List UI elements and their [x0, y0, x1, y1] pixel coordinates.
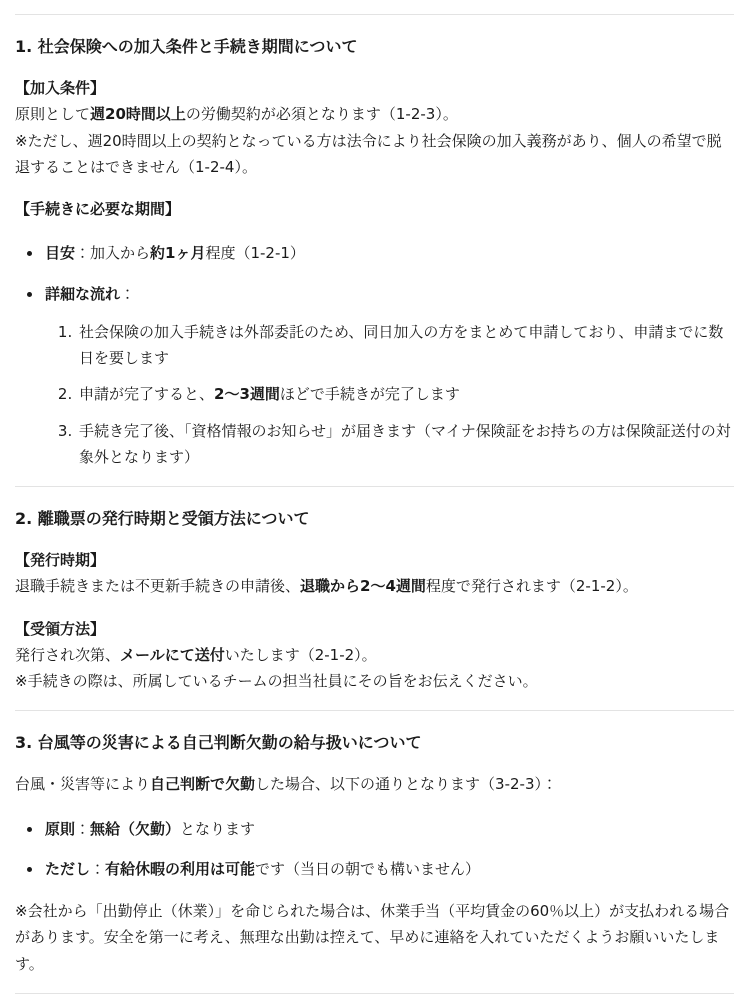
emphasis-text: 目安 [45, 244, 75, 262]
text-run: ほどで手続きが完了します [280, 385, 460, 403]
text-run: 原則として [15, 105, 90, 123]
emphasis-text: 【受領方法】 [15, 620, 105, 638]
section-divider [15, 710, 734, 711]
emphasis-text: 約1ヶ月 [150, 244, 205, 262]
list-item: 原則：無給（欠勤）となります [43, 816, 734, 842]
emphasis-text: ただし [45, 860, 90, 878]
emphasis-text: 有給休暇の利用は可能 [105, 860, 255, 878]
text-run: ：加入から [75, 244, 150, 262]
text-run: 手続き完了後、「資格情報のお知らせ」が届きます（マイナ保険証をお持ちの方は保険証… [79, 422, 731, 466]
text-run: ： [120, 285, 135, 303]
text-run: ： [75, 820, 90, 838]
section-3-heading: 3. 台風等の災害による自己判断欠勤の給与扱いについて [15, 731, 734, 755]
emphasis-text: 退職から2〜4週間 [300, 577, 426, 595]
procedure-period-subheading: 【手続きに必要な期間】 [15, 196, 734, 222]
section-2-heading: 2. 離職票の発行時期と受領方法について [15, 507, 734, 531]
text-run: です（当日の朝でも構いません） [255, 860, 480, 878]
text-run: ： [90, 860, 105, 878]
text-run: 程度（1-2-1） [205, 244, 304, 262]
text-run: した場合、以下の通りとなります（3-2-3）： [255, 775, 557, 793]
receipt-method-paragraph: 【受領方法】発行され次第、メールにて送付いたします（2-1-2）。※手続きの際は… [15, 616, 734, 695]
absence-pay-rules-list: 原則：無給（欠勤）となりますただし：有給休暇の利用は可能です（当日の朝でも構いま… [15, 816, 734, 883]
emphasis-text: 【発行時期】 [15, 551, 105, 569]
typhoon-absence-intro-paragraph: 台風・災害等により自己判断で欠勤した場合、以下の通りとなります（3-2-3）： [15, 771, 734, 797]
text-run: 社会保険の加入手続きは外部委託のため、同日加入の方をまとめて申請しており、申請ま… [79, 323, 723, 367]
document-body: 1. 社会保険への加入条件と手続き期間について【加入条件】原則として週20時間以… [0, 0, 749, 1008]
section-divider [15, 14, 734, 15]
text-run: ※手続きの際は、所属しているチームの担当社員にその旨をお伝えください。 [15, 672, 538, 690]
emphasis-text: 【加入条件】 [15, 79, 105, 97]
emphasis-text: 原則 [45, 820, 75, 838]
text-run: の労働契約が必須となります（1-2-3）。 [186, 105, 458, 123]
text-run: となります [180, 820, 255, 838]
enrollment-conditions-paragraph: 【加入条件】原則として週20時間以上の労働契約が必須となります（1-2-3）。※… [15, 75, 734, 180]
detailed-flow-steps: 社会保険の加入手続きは外部委託のため、同日加入の方をまとめて申請しており、申請ま… [45, 319, 734, 470]
text-run: 発行され次第、 [15, 646, 120, 664]
text-run: 退職手続きまたは不更新手続きの申請後、 [15, 577, 300, 595]
text-run: 程度で発行されます（2-1-2）。 [426, 577, 638, 595]
list-item: 手続き完了後、「資格情報のお知らせ」が届きます（マイナ保険証をお持ちの方は保険証… [77, 418, 734, 471]
text-run: いたします（2-1-2）。 [225, 646, 377, 664]
emphasis-text: メールにて送付 [120, 646, 225, 664]
emphasis-text: 詳細な流れ [45, 285, 120, 303]
text-run: ※ただし、週20時間以上の契約となっている方は法令により社会保険の加入義務があり… [15, 132, 722, 176]
issuance-timing-paragraph: 【発行時期】退職手続きまたは不更新手続きの申請後、退職から2〜4週間程度で発行さ… [15, 547, 734, 600]
text-run: 台風・災害等により [15, 775, 150, 793]
emphasis-text: 自己判断で欠勤 [150, 775, 255, 793]
text-run: ※会社から「出勤停止（休業）」を命じられた場合は、休業手当（平均賃金の60％以上… [15, 902, 729, 973]
emphasis-text: 2〜3週間 [214, 385, 280, 403]
text-run: 申請が完了すると、 [79, 385, 214, 403]
emphasis-text: 【手続きに必要な期間】 [15, 200, 180, 218]
emphasis-text: 無給（欠勤） [90, 820, 180, 838]
section-divider [15, 993, 734, 994]
emphasis-text: 3. 台風等の災害による自己判断欠勤の給与扱いについて [15, 733, 421, 752]
section-1-heading: 1. 社会保険への加入条件と手続き期間について [15, 35, 734, 59]
emphasis-text: 週20時間以上 [90, 105, 186, 123]
emphasis-text: 2. 離職票の発行時期と受領方法について [15, 509, 309, 528]
section-divider [15, 486, 734, 487]
list-item: 申請が完了すると、2〜3週間ほどで手続きが完了します [77, 381, 734, 407]
list-item: 詳細な流れ：社会保険の加入手続きは外部委託のため、同日加入の方をまとめて申請して… [43, 281, 734, 471]
procedure-period-list: 目安：加入から約1ヶ月程度（1-2-1）詳細な流れ：社会保険の加入手続きは外部委… [15, 240, 734, 470]
list-item: 目安：加入から約1ヶ月程度（1-2-1） [43, 240, 734, 266]
list-item: 社会保険の加入手続きは外部委託のため、同日加入の方をまとめて申請しており、申請ま… [77, 319, 734, 372]
list-item: ただし：有給休暇の利用は可能です（当日の朝でも構いません） [43, 856, 734, 882]
emphasis-text: 1. 社会保険への加入条件と手続き期間について [15, 37, 357, 56]
